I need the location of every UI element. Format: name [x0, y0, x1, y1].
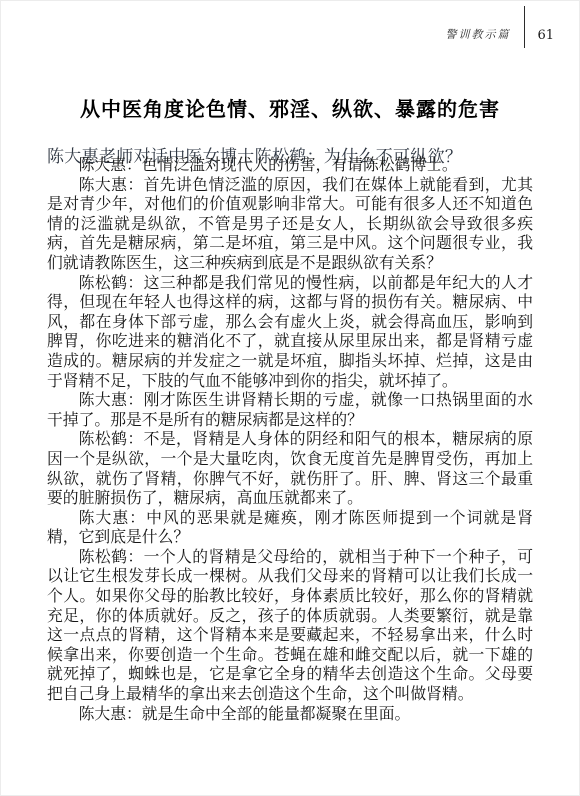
dialogue-paragraph: 陈大惠：色情泛滥对现代人的伤害，有请陈松鹤博士。	[47, 156, 533, 176]
dialogue-paragraph: 陈松鹤：这三种都是我们常见的慢性病，以前都是年纪大的人才得，但现在年轻人也得这样…	[47, 274, 533, 392]
book-page: 警训教示篇 61 从中医角度论色情、邪淫、纵欲、暴露的危害 陈大惠老师对话中医女…	[0, 0, 580, 796]
dialogue-paragraph: 陈大惠：首先讲色情泛滥的原因，我们在媒体上就能看到，尤其是对青少年，对他们的价值…	[47, 176, 533, 274]
page-number: 61	[537, 28, 554, 48]
dialogue-paragraph: 陈松鹤：不是，肾精是人身体的阴经和阳气的根本，糖尿病的原因一个是纵欲，一个是大量…	[47, 430, 533, 508]
header-divider	[524, 6, 525, 48]
dialogue-paragraph: 陈松鹤：一个人的肾精是父母给的，就相当于种下一个种子，可以让它生根发芽长成一棵树…	[47, 548, 533, 705]
dialogue-paragraph: 陈大惠：就是生命中全部的能量都凝聚在里面。	[47, 705, 533, 725]
dialogue-paragraph: 陈大惠：刚才陈医生讲肾精长期的亏虚，就像一口热锅里面的水干掉了。那是不是所有的糖…	[47, 391, 533, 430]
article-title: 从中医角度论色情、邪淫、纵欲、暴露的危害	[0, 93, 580, 122]
running-header: 警训教示篇 61	[445, 6, 554, 48]
dialogue-paragraph: 陈大惠：中风的恶果就是瘫痪，刚才陈医师提到一个词就是肾精，它到底是什么？	[47, 509, 533, 548]
dialogue-body: 陈大惠：色情泛滥对现代人的伤害，有请陈松鹤博士。陈大惠：首先讲色情泛滥的原因，我…	[47, 156, 533, 724]
chapter-name: 警训教示篇	[445, 26, 510, 48]
